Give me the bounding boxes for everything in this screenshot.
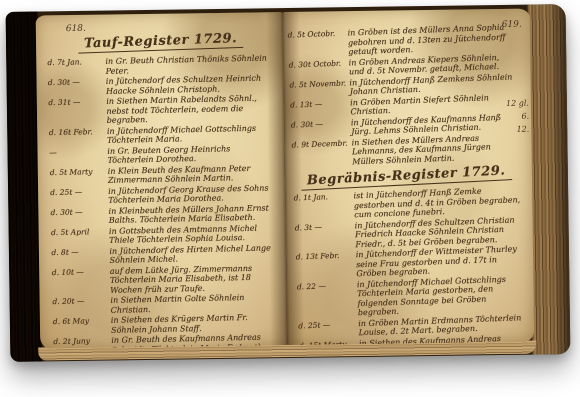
entry-text: in Jütchendorff Michael Gottschlings Töc… (357, 274, 525, 318)
entry-date: d. 10t — (52, 266, 107, 296)
entry-text: in Jütchendorf Georg Krause des Sohns Tö… (108, 183, 277, 206)
entry-date: d. 15t Marty (299, 339, 356, 345)
entry-date: d. 2t Juny (53, 336, 107, 349)
open-register-book: 618. Tauf-Register 1729. d. 7t Jan. in G… (6, 4, 571, 362)
entry-date: d. 30t — (291, 118, 348, 139)
photo-stage: 618. Tauf-Register 1729. d. 7t Jan. in G… (0, 0, 580, 397)
register-entry: d. 31t — in Siethen Martin Rabelandts Sö… (48, 93, 276, 126)
entry-date: d. 30t — (48, 77, 102, 97)
entry-text: in Gr. Beuten Georg Heinrichs Töchterlei… (107, 143, 276, 166)
entry-date: d. 16t Febr. (49, 126, 103, 146)
entry-date: d. 31t — (48, 97, 103, 127)
entry-text: in Siethen des Krügers Martin Fr. Söhnle… (111, 312, 280, 335)
entry-date: d. 30t — (50, 206, 104, 226)
left-page-number: 618. (66, 24, 86, 34)
entry-date: d. 3t — (295, 221, 352, 252)
entry-text: in Siethen Martin Golte Söhnlein Christi… (110, 292, 279, 315)
book-pages-fore-edge (528, 4, 571, 354)
entry-date: d. 13t Febr. (296, 250, 353, 281)
right-page-content: d. 5t Octobr. in Gröben ist des Müllers … (283, 9, 535, 345)
entry-date: d. 5t Marty (50, 166, 104, 186)
entry-text: auf dem Lütke Jürg. Zimmermanns Töchterl… (110, 263, 280, 295)
entry-date: d. 5t Novembr. (289, 78, 346, 99)
entry-date: d. 30t Octobr. (289, 58, 346, 79)
entry-date: d. 22 — (297, 280, 354, 320)
entry-date: d. 7t Jan. (47, 57, 101, 77)
entry-date: d. 13t — (290, 98, 347, 119)
entry-date: d. 1t Jan. (293, 191, 350, 222)
entry-text: in Gottsbeuth des Amtmanns Michel Thiele… (109, 223, 278, 246)
entry-date: d. 6t May (53, 316, 107, 336)
entry-text: in Kleinbeuth des Müllers Johann Ernst B… (108, 203, 277, 226)
right-page-number: 619. (502, 20, 522, 30)
left-page-content: Tauf-Register 1729. d. 7t Jan. in Gr. Be… (36, 12, 288, 348)
burial-entry-list: d. 1t Jan. ist in Jütchendorff Hanß Zemk… (293, 185, 526, 345)
baptism-entry-list-continued: d. 5t Octobr. in Gröben ist des Müllers … (287, 22, 519, 168)
margin-note: 12 gl. (506, 97, 529, 110)
entry-text: in Gr. Beuth Christian Thöniks Söhnlein … (105, 53, 274, 76)
entry-text: in Jütchendorff Michael Gottschlings Töc… (107, 123, 276, 146)
baptism-entry-list: d. 7t Jan. in Gr. Beuth Christian Thönik… (47, 53, 281, 348)
left-page: 618. Tauf-Register 1729. d. 7t Jan. in G… (36, 12, 288, 348)
entry-date: d. 25t — (50, 186, 104, 206)
fee-margin-notes: 12 gl. 6. 12. (506, 97, 529, 136)
entry-text: in Jütchendorf des Schultzen Heinrich Ha… (106, 73, 275, 96)
baptism-register-header: Tauf-Register 1729. (78, 31, 244, 54)
entry-date: d. 25t — (298, 319, 355, 340)
entry-text: in Klein Beuth des Kaufmann Peter Zimmer… (108, 163, 277, 186)
margin-note: 6. (506, 110, 529, 123)
entry-text: in Siethen des Müllers Andreas Lehmanns,… (351, 132, 519, 167)
entry-text: in Jütchendorf des Hirten Michel Lange S… (109, 243, 278, 266)
entry-text: in Siethen Martin Rabelandts Söhnl., neb… (106, 93, 276, 125)
entry-date: d. 5t Octobr. (287, 29, 344, 60)
entry-date: d. 20t — (52, 296, 106, 316)
entry-date: — (49, 146, 103, 166)
open-pages: 618. Tauf-Register 1729. d. 7t Jan. in G… (36, 9, 535, 349)
right-page: 619. 12 gl. 6. 12. d. 5t Oc (283, 9, 535, 345)
margin-note: 12. (506, 123, 529, 136)
entry-date: d. 8t — (51, 246, 105, 266)
entry-date: d. 5t April (51, 226, 105, 246)
entry-date: d. 9t Decembr. (292, 138, 349, 169)
register-entry: d. 10t — auf dem Lütke Jürg. Zimmermanns… (52, 263, 280, 296)
